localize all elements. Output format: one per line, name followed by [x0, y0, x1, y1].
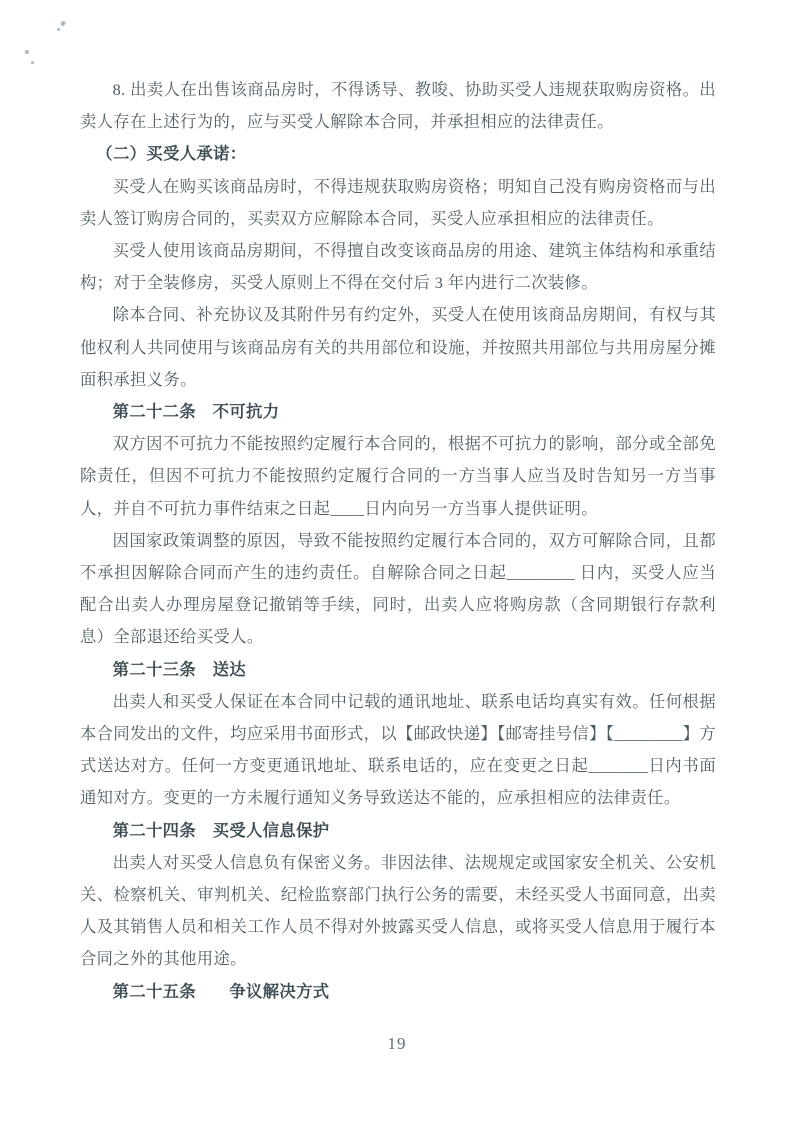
para-service-of-documents: 出卖人和买受人保证在本合同中记载的通讯地址、联系电话均真实有效。任何根据本合同发…	[80, 686, 716, 815]
page-number: 19	[0, 1034, 794, 1054]
scan-speck-icon	[60, 20, 66, 26]
clause-seller-item-8: 8. 出卖人在出售该商品房时，不得诱导、教唆、协助买受人违规获取购房资格。出卖人…	[80, 74, 716, 138]
heading-article-22-force-majeure: 第二十二条 不可抗力	[80, 396, 716, 428]
document-page: 8. 出卖人在出售该商品房时，不得诱导、教唆、协助买受人违规获取购房资格。出卖人…	[0, 0, 794, 1123]
para-shared-areas-obligations: 除本合同、补充协议及其附件另有约定外，买受人在使用该商品房期间，有权与其他权利人…	[80, 299, 716, 396]
para-buyer-use-restrictions: 买受人使用该商品房期间，不得擅自改变该商品房的用途、建筑主体结构和承重结构；对于…	[80, 235, 716, 299]
scan-speck-icon	[25, 50, 29, 54]
para-policy-adjustment-rescission: 因国家政策调整的原因，导致不能按照约定履行本合同的，双方可解除合同，且都不承担因…	[80, 525, 716, 654]
contract-body: 8. 出卖人在出售该商品房时，不得诱导、教唆、协助买受人违规获取购房资格。出卖人…	[80, 74, 716, 1008]
heading-article-24-info-protection: 第二十四条 买受人信息保护	[80, 815, 716, 847]
para-buyer-qualification: 买受人在购买该商品房时，不得违规获取购房资格；明知自己没有购房资格而与出卖人签订…	[80, 171, 716, 235]
subheading-buyer-commitments: （二）买受人承诺：	[80, 138, 716, 170]
scan-speck-icon	[57, 28, 60, 31]
scan-speck-icon	[31, 61, 34, 64]
para-buyer-info-confidentiality: 出卖人对买受人信息负有保密义务。非因法律、法规规定或国家安全机关、公安机关、检察…	[80, 847, 716, 976]
heading-article-25-dispute-resolution: 第二十五条 争议解决方式	[80, 976, 716, 1008]
para-force-majeure: 双方因不可抗力不能按照约定履行本合同的，根据不可抗力的影响，部分或全部免除责任，…	[80, 428, 716, 525]
heading-article-23-service: 第二十三条 送达	[80, 654, 716, 686]
